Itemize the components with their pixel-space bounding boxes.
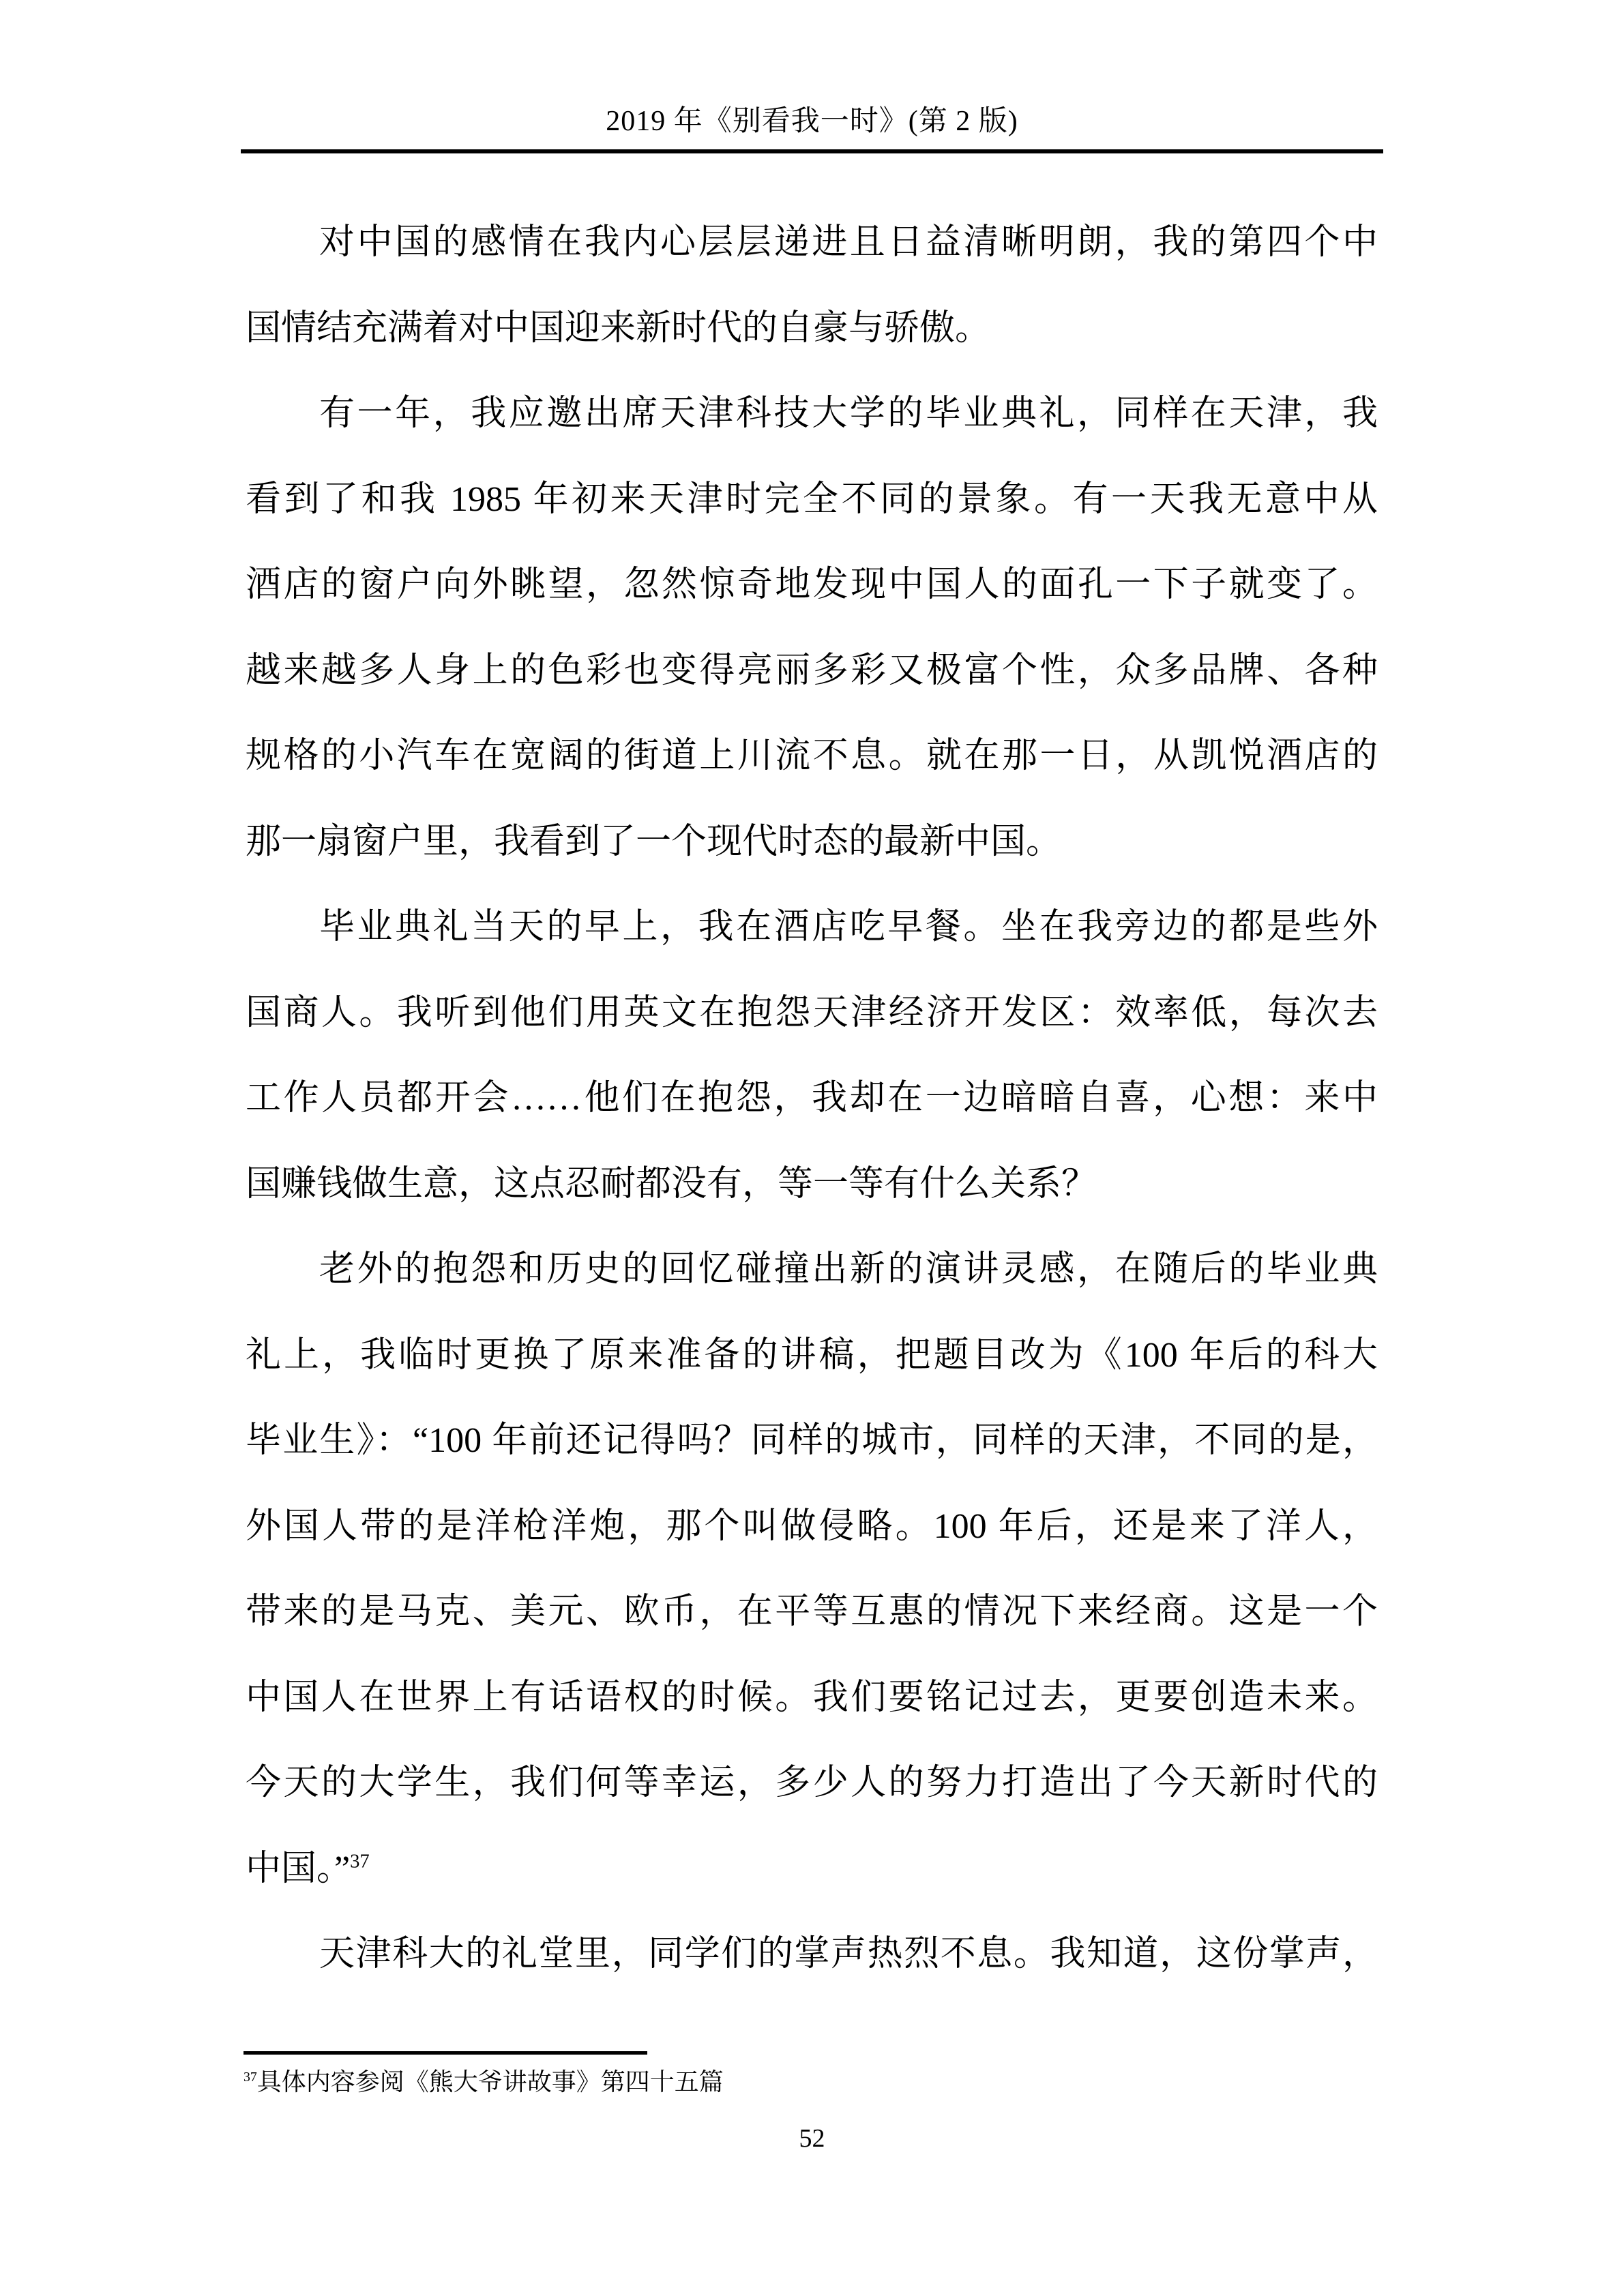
footnote: 37具体内容参阅《熊大爷讲故事》第四十五篇 — [243, 2063, 1376, 2101]
header-rule — [241, 149, 1383, 153]
footnote-marker: 37 — [243, 2070, 257, 2085]
body-line: 中国人在世界上有话语权的时候。我们要铭记过去，更要创造未来。 — [246, 1655, 1378, 1741]
footnote-reference: 37 — [350, 1851, 370, 1872]
document-page: 2019 年《别看我一时》(第 2 版) 对中国的感情在我内心层层递进且日益清晰… — [0, 0, 1624, 2296]
footnote-separator — [243, 2051, 647, 2055]
body-line: 老外的抱怨和历史的回忆碰撞出新的演讲灵感，在随后的毕业典 — [246, 1227, 1378, 1313]
body-line: 国赚钱做生意，这点忍耐都没有，等一等有什么关系？ — [246, 1142, 1378, 1227]
body-line: 礼上，我临时更换了原来准备的讲稿，把题目改为《100 年后的科大 — [246, 1313, 1378, 1399]
body-line: 毕业典礼当天的早上，我在酒店吃早餐。坐在我旁边的都是些外 — [246, 884, 1378, 970]
page-number: 52 — [0, 2122, 1624, 2155]
body-line-text: 中国。” — [246, 1849, 350, 1888]
page-header-title: 2019 年《别看我一时》(第 2 版) — [0, 102, 1624, 140]
body-line: 带来的是马克、美元、欧币，在平等互惠的情况下来经商。这是一个 — [246, 1569, 1378, 1655]
body-line: 看到了和我 1985 年初来天津时完全不同的景象。有一天我无意中从 — [246, 457, 1378, 543]
body-line: 对中国的感情在我内心层层递进且日益清晰明朗，我的第四个中 — [246, 200, 1378, 286]
footnote-text: 具体内容参阅《熊大爷讲故事》第四十五篇 — [257, 2068, 724, 2096]
body-line: 天津科大的礼堂里，同学们的掌声热烈不息。我知道，这份掌声， — [246, 1911, 1378, 1997]
body-line: 毕业生》：“100 年前还记得吗？同样的城市，同样的天津，不同的是， — [246, 1398, 1378, 1484]
body-line: 酒店的窗户向外眺望，忽然惊奇地发现中国人的面孔一下子就变了。 — [246, 542, 1378, 628]
body-line: 国情结充满着对中国迎来新时代的自豪与骄傲。 — [246, 286, 1378, 372]
body-line: 中国。”37 — [246, 1826, 1378, 1912]
body-line: 那一扇窗户里，我看到了一个现代时态的最新中国。 — [246, 799, 1378, 885]
body-line: 外国人带的是洋枪洋炮，那个叫做侵略。100 年后，还是来了洋人， — [246, 1484, 1378, 1570]
body-line: 有一年，我应邀出席天津科技大学的毕业典礼，同样在天津，我 — [246, 371, 1378, 457]
body-line: 国商人。我听到他们用英文在抱怨天津经济开发区：效率低，每次去 — [246, 970, 1378, 1056]
body-line: 越来越多人身上的色彩也变得亮丽多彩又极富个性，众多品牌、各种 — [246, 628, 1378, 714]
body-text: 对中国的感情在我内心层层递进且日益清晰明朗，我的第四个中 国情结充满着对中国迎来… — [246, 200, 1378, 1997]
body-line: 规格的小汽车在宽阔的街道上川流不息。就在那一日，从凯悦酒店的 — [246, 713, 1378, 799]
body-line: 今天的大学生，我们何等幸运，多少人的努力打造出了今天新时代的 — [246, 1740, 1378, 1826]
body-line: 工作人员都开会……他们在抱怨，我却在一边暗暗自喜，心想：来中 — [246, 1056, 1378, 1142]
